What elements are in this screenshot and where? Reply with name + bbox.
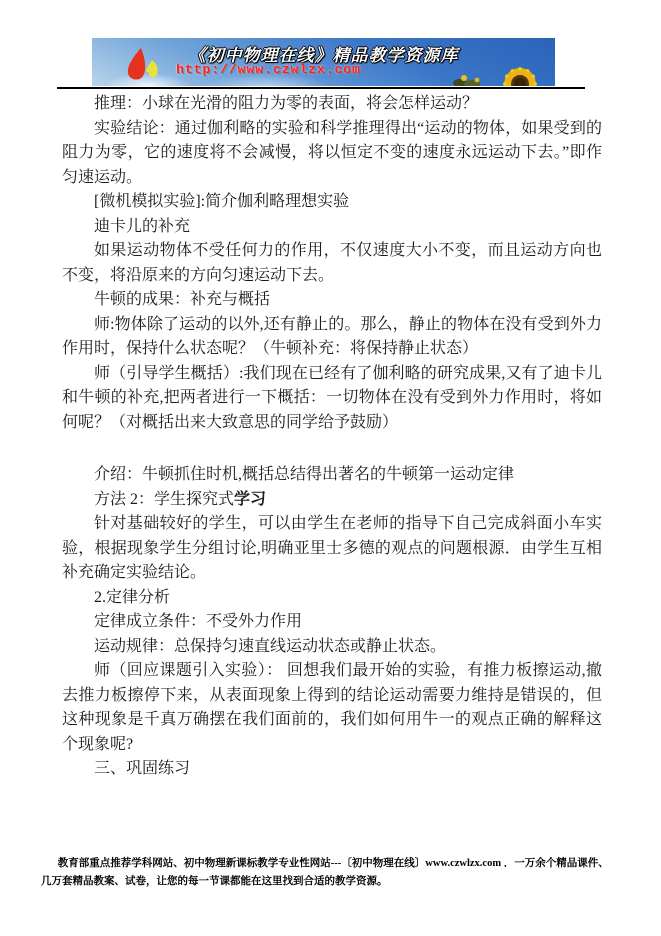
banner-url-link[interactable]: http://www.czwlzx.com xyxy=(92,62,500,77)
paragraph-text: 方法 2：学生探究式 xyxy=(94,491,234,508)
paragraph: 定律成立条件：不受外力作用 xyxy=(62,610,602,635)
paragraph: 牛顿的成果：补充与概括 xyxy=(62,288,602,313)
paragraph: 介绍：牛顿抓住时机,概括总结得出著名的牛顿第一运动定律 xyxy=(62,463,602,488)
paragraph: 师（引导学生概括）:我们现在已经有了伽利略的研究成果,又有了迪卡儿和牛顿的补充,… xyxy=(62,362,602,436)
plant-decoration-icon xyxy=(452,70,488,86)
paragraph: [微机模拟实验]:简介伽利略理想实验 xyxy=(62,190,602,215)
paragraph: 如果运动物体不受任何力的作用，不仅速度大小不变，而且运动方向也不变，将沿原来的方… xyxy=(62,239,602,288)
footer-text-line: 几万套精品教案、试卷，让您的每一节课都能在这里找到合适的教学资源。 xyxy=(41,873,641,891)
paragraph: 师:物体除了运动的以外,还有静止的。那么，静止的物体在没有受到外力作用时，保持什… xyxy=(62,313,602,362)
paragraph: 方法 2：学生探究式学习 xyxy=(62,488,602,513)
paragraph: 迪卡儿的补充 xyxy=(62,215,602,240)
paragraph: 三、巩固练习 xyxy=(62,757,602,782)
paragraph: 实验结论：通过伽利略的实验和科学推理得出“运动的物体，如果受到的阻力为零，它的速… xyxy=(62,117,602,191)
paragraph: 2.定律分析 xyxy=(62,586,602,611)
paragraph: 师（回应课题引入实验）： 回想我们最开始的实验，有推力板擦运动,撤去推力板擦停下… xyxy=(62,659,602,757)
footer-note: 教育部重点推荐学科网站、初中物理新课标教学专业性网站---〔初中物理在线〕www… xyxy=(41,855,641,891)
paragraph-spacer xyxy=(62,435,602,463)
footer-text-line: 教育部重点推荐学科网站、初中物理新课标教学专业性网站---〔初中物理在线〕www… xyxy=(41,855,641,873)
document-body-text: 推理：小球在光滑的阻力为零的表面，将会怎样运动？ 实验结论：通过伽利略的实验和科… xyxy=(62,88,602,782)
paragraph-bold-text: 学习 xyxy=(234,491,266,508)
paragraph: 运动规律：总保持匀速直线运动状态或静止状态。 xyxy=(62,635,602,660)
site-banner: 《初中物理在线》精品教学资源库 http://www.czwlzx.com xyxy=(92,38,555,86)
sunflower-icon xyxy=(492,54,555,86)
paragraph: 针对基础较好的学生，可以由学生在老师的指导下自己完成斜面小车实验，根据现象学生分… xyxy=(62,512,602,586)
paragraph: 推理：小球在光滑的阻力为零的表面，将会怎样运动？ xyxy=(62,92,602,117)
